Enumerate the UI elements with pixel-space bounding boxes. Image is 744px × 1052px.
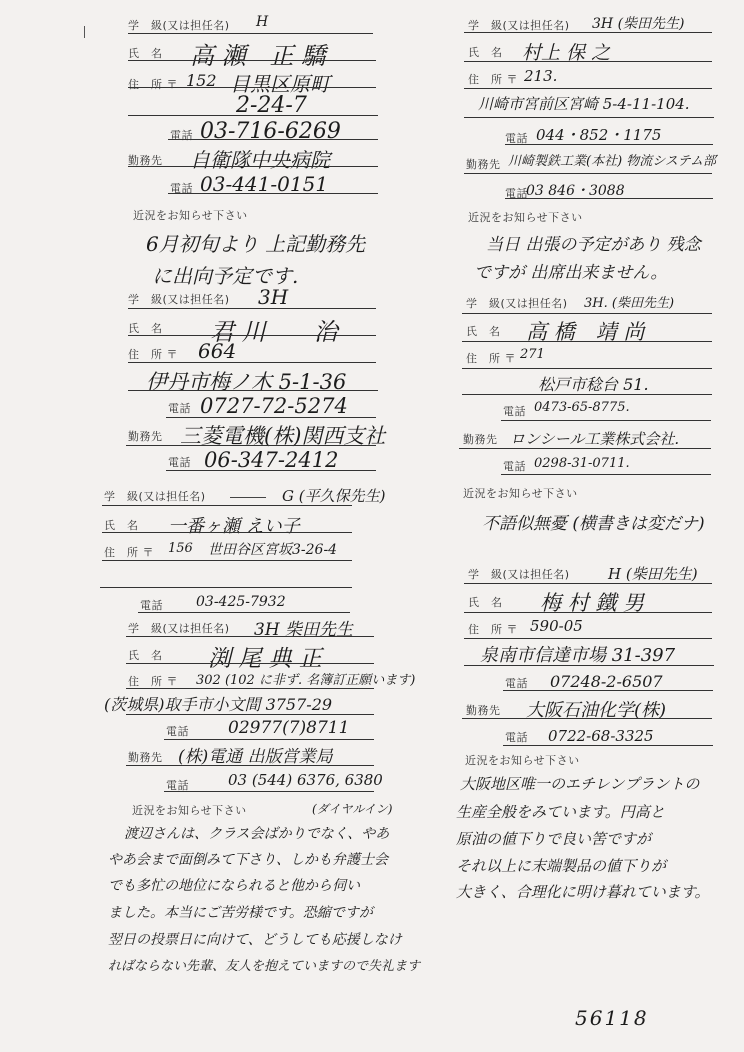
phone-label: 電話 — [140, 597, 163, 613]
class-label: 学 級(又は担任名) — [128, 17, 230, 33]
work-value: 川崎製鉄工業(本社) 物流システム部 — [508, 150, 716, 169]
address-label: 住 所 〒 — [128, 673, 178, 689]
address-label: 住 所 〒 — [104, 544, 154, 560]
address-line-1: 泉南市信達市場 31-397 — [480, 641, 675, 667]
work-phone-value: 03 (544) 6376, 6380 — [228, 771, 383, 789]
address-label: 住 所 〒 — [128, 346, 178, 362]
news-label: 近況をお知らせ下さい — [468, 209, 583, 225]
work-label: 勤務先 — [128, 428, 163, 444]
class-label: 学 級(又は担任名) — [468, 17, 570, 33]
phone-label: 電話 — [166, 723, 189, 739]
news-line: 原油の値下りで良い筈ですが — [456, 828, 651, 849]
news-label: 近況をお知らせ下さい — [132, 802, 247, 818]
address-label: 住 所 〒 — [468, 621, 518, 637]
zip-value: 590-05 — [530, 617, 583, 635]
class-label: 学 級(又は担任名) — [466, 295, 568, 311]
news-line: 不語似無憂 (横書きは変だナ) — [482, 509, 705, 534]
news-line: 大阪地区唯一のエチレンプラントの — [460, 773, 699, 794]
address-line-1: 世田谷区宮坂3-26-4 — [208, 539, 337, 559]
address-line-1: 川崎市宮前区宮崎 5-4-11-104. — [478, 93, 690, 114]
news-line: 翌日の投票日に向けて、どうしても応援しなけ — [108, 929, 402, 949]
crossed-out-text — [230, 488, 266, 505]
phone-value: 02977(7)8711 — [228, 718, 349, 738]
class-label: 学 級(又は担任名) — [128, 620, 230, 636]
work-phone-value: 0722-68-3325 — [548, 727, 654, 745]
news-line: ればならない先輩、友人を抱えていますので失礼ます — [108, 955, 420, 974]
news-label: 近況をお知らせ下さい — [465, 752, 580, 768]
news-line: でも多忙の地位になられると他から伺い — [108, 875, 360, 895]
phone-value: 07248-2-6507 — [550, 672, 663, 691]
zip-value: 302 (102 に非ず. 名簿訂正願います) — [196, 669, 415, 688]
address-label: 住 所 〒 — [128, 76, 178, 92]
work-value: ロンシール工業株式会社. — [510, 428, 679, 449]
news-line: 当日 出張の予定があり 残念 — [486, 230, 701, 255]
work-label: 勤務先 — [466, 156, 501, 172]
zip-value: 664 — [198, 339, 236, 363]
news-label: 近況をお知らせ下さい — [133, 207, 248, 223]
class-value: 3H. (柴田先生) — [584, 292, 674, 311]
phone-value: 0727-72-5274 — [200, 394, 348, 418]
work-value: 自衛隊中央病院 — [190, 144, 330, 173]
name-label: 氏 名 — [128, 45, 163, 61]
name-value: 一番ヶ瀬 えい子 — [168, 512, 300, 538]
class-value: G (平久保先生) — [282, 485, 385, 506]
class-label: 学 級(又は担任名) — [468, 566, 570, 582]
news-line: 生産全般をみています。円高と — [456, 801, 665, 822]
address-label: 住 所 〒 — [466, 350, 516, 366]
class-label: 学 級(又は担任名) — [128, 291, 230, 307]
phone-label: 電話 — [168, 400, 191, 416]
news-line: ました。本当にご苦労様です。恐縮ですが — [108, 902, 373, 922]
work-label: 勤務先 — [128, 749, 163, 765]
zip-value: 213. — [524, 67, 557, 85]
phone-value: 0473-65-8775. — [534, 400, 630, 415]
work-label: 勤務先 — [466, 702, 501, 718]
phone-label: 電話 — [503, 403, 526, 419]
news-line: やあ会まで面倒みて下さり、しかも弁護士会 — [108, 849, 388, 869]
address-label: 住 所 〒 — [468, 71, 518, 87]
name-value: 高 瀬 正 驕 — [190, 36, 325, 71]
name-label: 氏 名 — [128, 320, 163, 336]
class-value: H (柴田先生) — [608, 563, 698, 584]
phone-value: 03-716-6269 — [200, 119, 341, 144]
work-phone-label: 電話 — [168, 454, 191, 470]
work-phone-label: 電話 — [503, 458, 526, 474]
work-phone-value: 06-347-2412 — [204, 448, 338, 472]
news-line: 大きく、合理化に明け暮れています。 — [456, 881, 710, 902]
work-label: 勤務先 — [463, 431, 498, 447]
class-label: 学 級(又は担任名) — [104, 488, 206, 504]
work-phone-label: 電話 — [505, 729, 528, 745]
address-line-1: 松戸市稔台 51. — [538, 372, 649, 395]
zip-value: 156 — [168, 541, 193, 556]
news-line: 渡辺さんは、クラス会ばかりでなく、やあ — [124, 823, 389, 843]
phone-label: 電話 — [505, 675, 528, 691]
work-phone-value: 03 846・3088 — [526, 180, 625, 200]
class-value: H — [256, 14, 268, 30]
name-label: 氏 名 — [128, 647, 163, 663]
work-phone-value: 0298-31-0711. — [534, 456, 630, 471]
name-label: 氏 名 — [466, 323, 501, 339]
news-line: それ以上に末端製品の値下りが — [456, 855, 666, 876]
phone-label: 電話 — [170, 127, 193, 143]
news-line: ですが 出席出来ません。 — [474, 258, 667, 283]
name-label: 氏 名 — [468, 44, 503, 60]
zip-value: 271 — [520, 347, 545, 362]
work-phone-note: (ダイヤルイン) — [312, 800, 392, 817]
work-value: (株)電通 出版営業局 — [178, 742, 333, 767]
address-line-1: 伊丹市梅ノ木 5-1-36 — [146, 366, 346, 396]
page-edge-mark — [84, 26, 85, 38]
news-label: 近況をお知らせ下さい — [463, 485, 578, 501]
phone-value: 044・852・1175 — [536, 124, 661, 145]
address-line-1: (茨城県)取手市小文間 3757-29 — [104, 692, 332, 715]
page-number: 56118 — [575, 1006, 649, 1030]
phone-value: 03-425-7932 — [196, 594, 286, 610]
name-label: 氏 名 — [468, 594, 503, 610]
news-line: 6月初旬より 上記勤務先 — [146, 228, 365, 257]
class-value: 3H (柴田先生) — [592, 13, 685, 33]
name-label: 氏 名 — [104, 517, 139, 533]
class-value: 3H — [258, 285, 288, 309]
